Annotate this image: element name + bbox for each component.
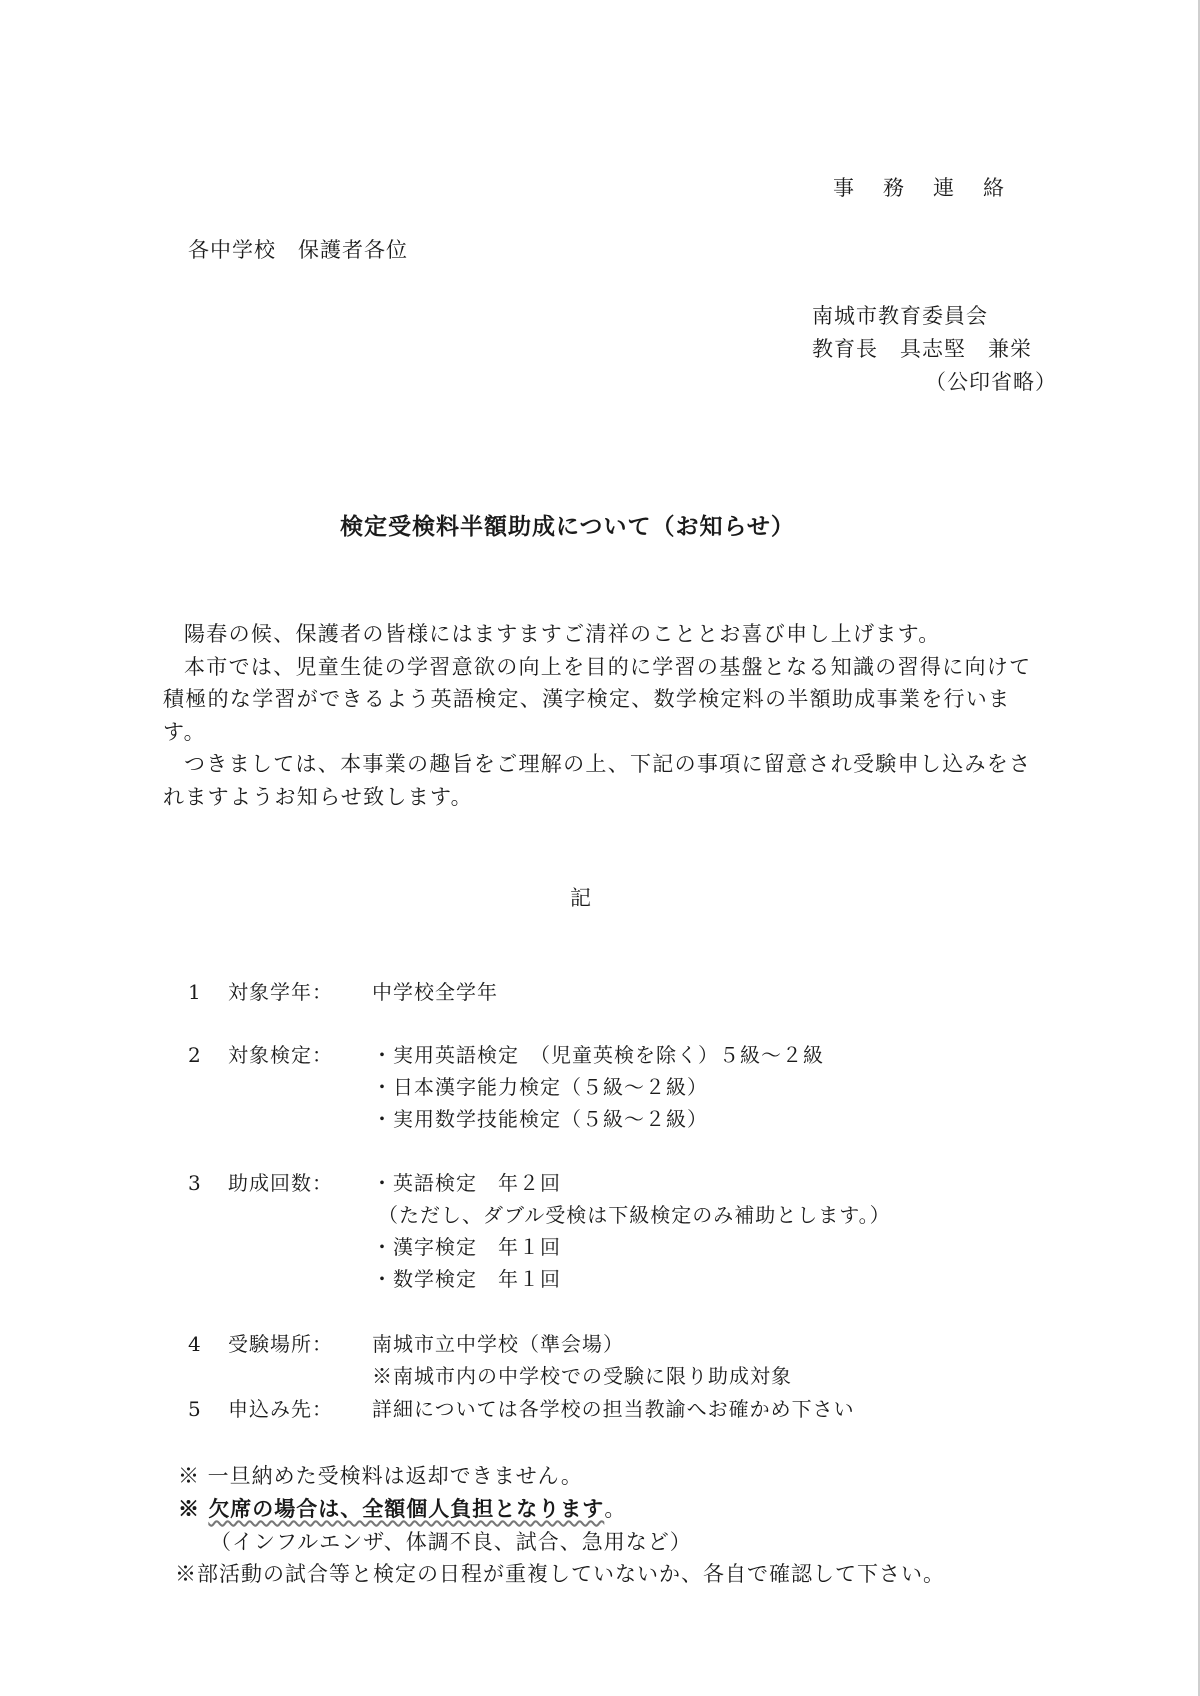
document-type-label: 事務連絡 xyxy=(833,172,1005,204)
recipient: 各中学校 保護者各位 xyxy=(188,234,408,266)
item-5: 5 申込み先： 詳細については各学校の担当教諭へお確かめ下さい xyxy=(0,1393,1200,1425)
item-value: ・実用数学技能検定（５級～２級） xyxy=(372,1103,708,1135)
item-value: ・英語検定 年２回 xyxy=(372,1167,561,1199)
item-value: ・漢字検定 年１回 xyxy=(372,1231,561,1263)
item-value: 南城市立中学校（準会場） xyxy=(372,1328,624,1360)
item-number: 4 xyxy=(188,1328,202,1360)
note-absence: ※ 欠席の場合は、全額個人負担となります。 xyxy=(178,1493,626,1525)
item-label: 対象検定： xyxy=(228,1039,333,1071)
purpose-paragraph: 本市では、児童生徒の学習意欲の向上を目的に学習の基盤となる知識の習得に向けて積極… xyxy=(163,651,1043,749)
note-period: 。 xyxy=(604,1497,626,1521)
sender-organization: 南城市教育委員会 xyxy=(812,300,988,332)
item-number: 5 xyxy=(188,1393,202,1425)
note-mark: ※ xyxy=(178,1496,208,1521)
item-value: 中学校全学年 xyxy=(372,976,498,1008)
doc-type-char: 事 xyxy=(833,172,855,204)
item-label: 助成回数： xyxy=(228,1167,333,1199)
item-value: ・数学検定 年１回 xyxy=(372,1263,561,1295)
seal-omitted-note: （公印省略） xyxy=(925,366,1057,398)
doc-type-char: 連 xyxy=(933,172,955,204)
item-value: ・実用英語検定 （児童英検を除く）５級～２級 xyxy=(372,1039,824,1071)
item-value: 詳細については各学校の担当教諭へお確かめ下さい xyxy=(372,1393,855,1425)
item-1: 1 対象学年： 中学校全学年 xyxy=(0,976,1200,1008)
item-number: 3 xyxy=(188,1167,202,1199)
item-number: 2 xyxy=(188,1039,202,1071)
item-value: ・日本漢字能力検定（５級～２級） xyxy=(372,1071,708,1103)
sender-person: 教育長 具志堅 兼栄 xyxy=(812,333,1032,365)
doc-type-char: 務 xyxy=(883,172,905,204)
absence-warning: 欠席の場合は、全額個人負担となります xyxy=(208,1496,604,1521)
body-text: 陽春の候、保護者の皆様にはますますご清祥のこととお喜び申し上げます。 本市では、… xyxy=(163,618,1043,813)
ki-heading: 記 xyxy=(570,882,592,914)
note-schedule-check: ※部活動の試合等と検定の日程が重複していないか、各自で確認して下さい。 xyxy=(175,1558,945,1590)
document-title: 検定受検料半額助成について（お知らせ） xyxy=(340,508,795,541)
note-absence-examples: （インフルエンザ、体調不良、試合、急用など） xyxy=(210,1526,692,1558)
item-label: 受験場所： xyxy=(228,1328,333,1360)
greeting-paragraph: 陽春の候、保護者の皆様にはますますご清祥のこととお喜び申し上げます。 xyxy=(163,618,1043,651)
item-label: 対象学年： xyxy=(228,976,333,1008)
item-4: 4 受験場所： 南城市立中学校（準会場） ※南城市内の中学校での受験に限り助成対… xyxy=(0,1328,1200,1392)
note-no-refund: ※ 一旦納めた受検料は返却できません。 xyxy=(178,1460,583,1492)
item-number: 1 xyxy=(188,976,202,1008)
item-value: ※南城市内の中学校での受験に限り助成対象 xyxy=(372,1360,792,1392)
item-value: （ただし、ダブル受検は下級検定のみ補助とします。） xyxy=(378,1199,891,1231)
item-label: 申込み先： xyxy=(228,1393,333,1425)
item-3: 3 助成回数： ・英語検定 年２回 （ただし、ダブル受検は下級検定のみ補助としま… xyxy=(0,1167,1200,1295)
item-2: 2 対象検定： ・実用英語検定 （児童英検を除く）５級～２級 ・日本漢字能力検定… xyxy=(0,1039,1200,1135)
doc-type-char: 絡 xyxy=(983,172,1005,204)
request-paragraph: つきましては、本事業の趣旨をご理解の上、下記の事項に留意され受験申し込みをされま… xyxy=(163,748,1043,813)
